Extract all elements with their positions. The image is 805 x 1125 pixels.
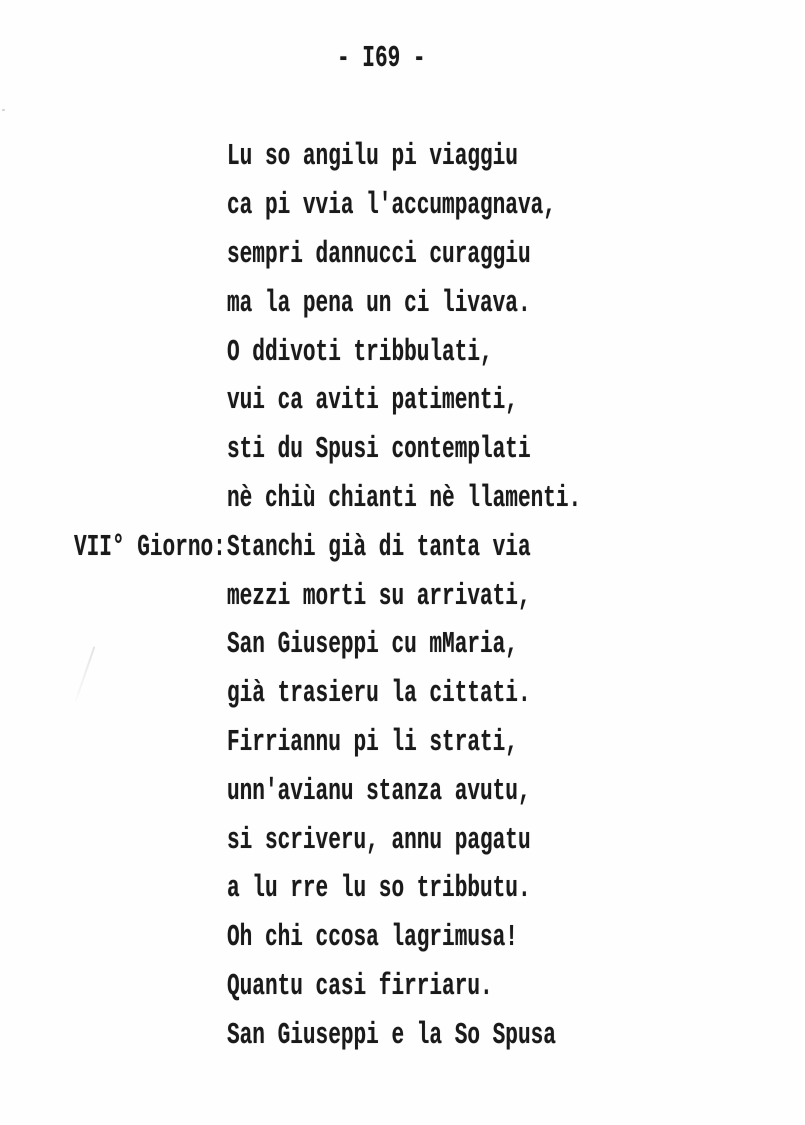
poem-line: San Giuseppi e la So Spusa: [227, 1011, 711, 1060]
poem-line-text: nè chiù chianti nè llamenti.: [227, 474, 581, 523]
poem-line: mezzi morti su arrivati,: [227, 572, 673, 621]
scan-speck: [2, 109, 5, 111]
poem-line-text: mezzi morti su arrivati,: [227, 572, 531, 621]
poem-line: già trasieru la cittati.: [227, 669, 673, 718]
poem-line: vui ca aviti patimenti,: [227, 376, 655, 425]
poem-line-text: ca pi vvia l'accumpagnava,: [227, 181, 556, 230]
poem-line-text: si scriveru, annu pagatu: [227, 816, 531, 865]
poem-line-text: sempri dannucci curaggiu: [227, 230, 531, 279]
poem-line-text: Stanchi già di tanta via: [227, 523, 531, 572]
poem-line-text: unn'avianu stanza avutu,: [227, 767, 531, 816]
poem-line-text: San Giuseppi e la So Spusa: [227, 1011, 556, 1060]
scanned-document-page: - I69 - Lu so angilu pi viaggiu ca pi vv…: [0, 0, 805, 1125]
poem-line: sempri dannucci curaggiu: [227, 230, 673, 279]
poem-line-text: San Giuseppi cu mMaria,: [227, 620, 518, 669]
poem-line: ma la pena un ci livava.: [227, 279, 673, 328]
poem-line-text: Quantu casi firriaru.: [227, 962, 493, 1011]
poem-line-text: O ddivoti tribbulati,: [227, 328, 493, 377]
stanza-day-label-text: VII° Giorno:: [74, 523, 226, 572]
poem-line: Quantu casi firriaru.: [227, 962, 618, 1011]
poem-line: nè chiù chianti nè llamenti.: [227, 474, 748, 523]
poem-line-text: a lu rre lu so tribbutu.: [227, 864, 531, 913]
poem-line-text: già trasieru la cittati.: [227, 669, 531, 718]
poem-line: unn'avianu stanza avutu,: [227, 767, 673, 816]
page-number-text: - I69 -: [337, 34, 426, 83]
poem-line: ca pi vvia l'accumpagnava,: [227, 181, 711, 230]
poem-line: Oh chi ccosa lagrimusa!: [227, 913, 655, 962]
pencil-mark: [75, 646, 96, 701]
poem-line: VII° Giorno: Stanchi già di tanta via: [227, 523, 673, 572]
poem-line-text: vui ca aviti patimenti,: [227, 376, 518, 425]
poem-line-text: ma la pena un ci livava.: [227, 279, 531, 328]
poem-line: San Giuseppi cu mMaria,: [227, 620, 655, 669]
poem-line: Lu so angilu pi viaggiu: [227, 132, 655, 181]
poem-line: si scriveru, annu pagatu: [227, 816, 673, 865]
poem-line: sti du Spusi contemplati: [227, 425, 673, 474]
page-number: - I69 -: [337, 34, 467, 83]
poem-line-text: Oh chi ccosa lagrimusa!: [227, 913, 518, 962]
poem-line: Firriannu pi li strati,: [227, 718, 655, 767]
poem-line-text: Lu so angilu pi viaggiu: [227, 132, 518, 181]
poem-line: O ddivoti tribbulati,: [227, 328, 618, 377]
poem-line: a lu rre lu so tribbutu.: [227, 864, 673, 913]
poem-line-text: Firriannu pi li strati,: [227, 718, 518, 767]
poem-line-text: sti du Spusi contemplati: [227, 425, 531, 474]
